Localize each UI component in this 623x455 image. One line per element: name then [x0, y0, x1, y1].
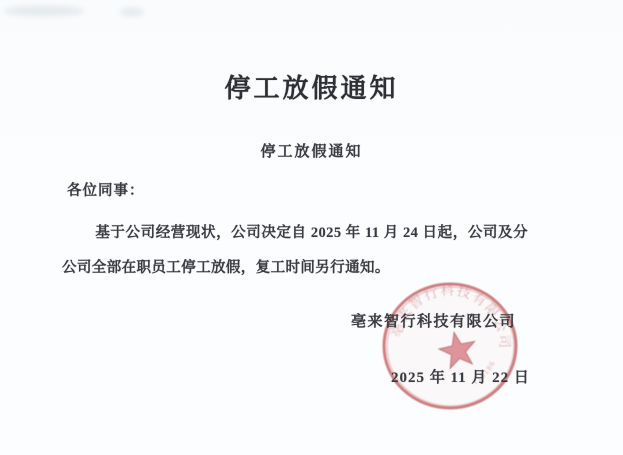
scan-artifact	[120, 8, 144, 16]
document-subtitle: 停工放假通知	[0, 140, 623, 161]
body-paragraph: 基于公司经营现状，公司决定自 2025 年 11 月 24 日起，公司及分公司全…	[62, 216, 528, 286]
page-title: 停工放假通知	[0, 68, 623, 105]
document-photo: 停工放假通知 停工放假通知 各位同事： 基于公司经营现状，公司决定自 2025 …	[0, 0, 623, 455]
company-seal-stamp: 亳来智行科技有限公司 110186	[376, 281, 524, 415]
company-signature: 亳来智行科技有限公司	[351, 310, 516, 331]
salutation: 各位同事：	[67, 179, 145, 200]
date-line: 2025 年 11 月 22 日	[391, 366, 530, 387]
scan-artifact	[4, 6, 84, 16]
